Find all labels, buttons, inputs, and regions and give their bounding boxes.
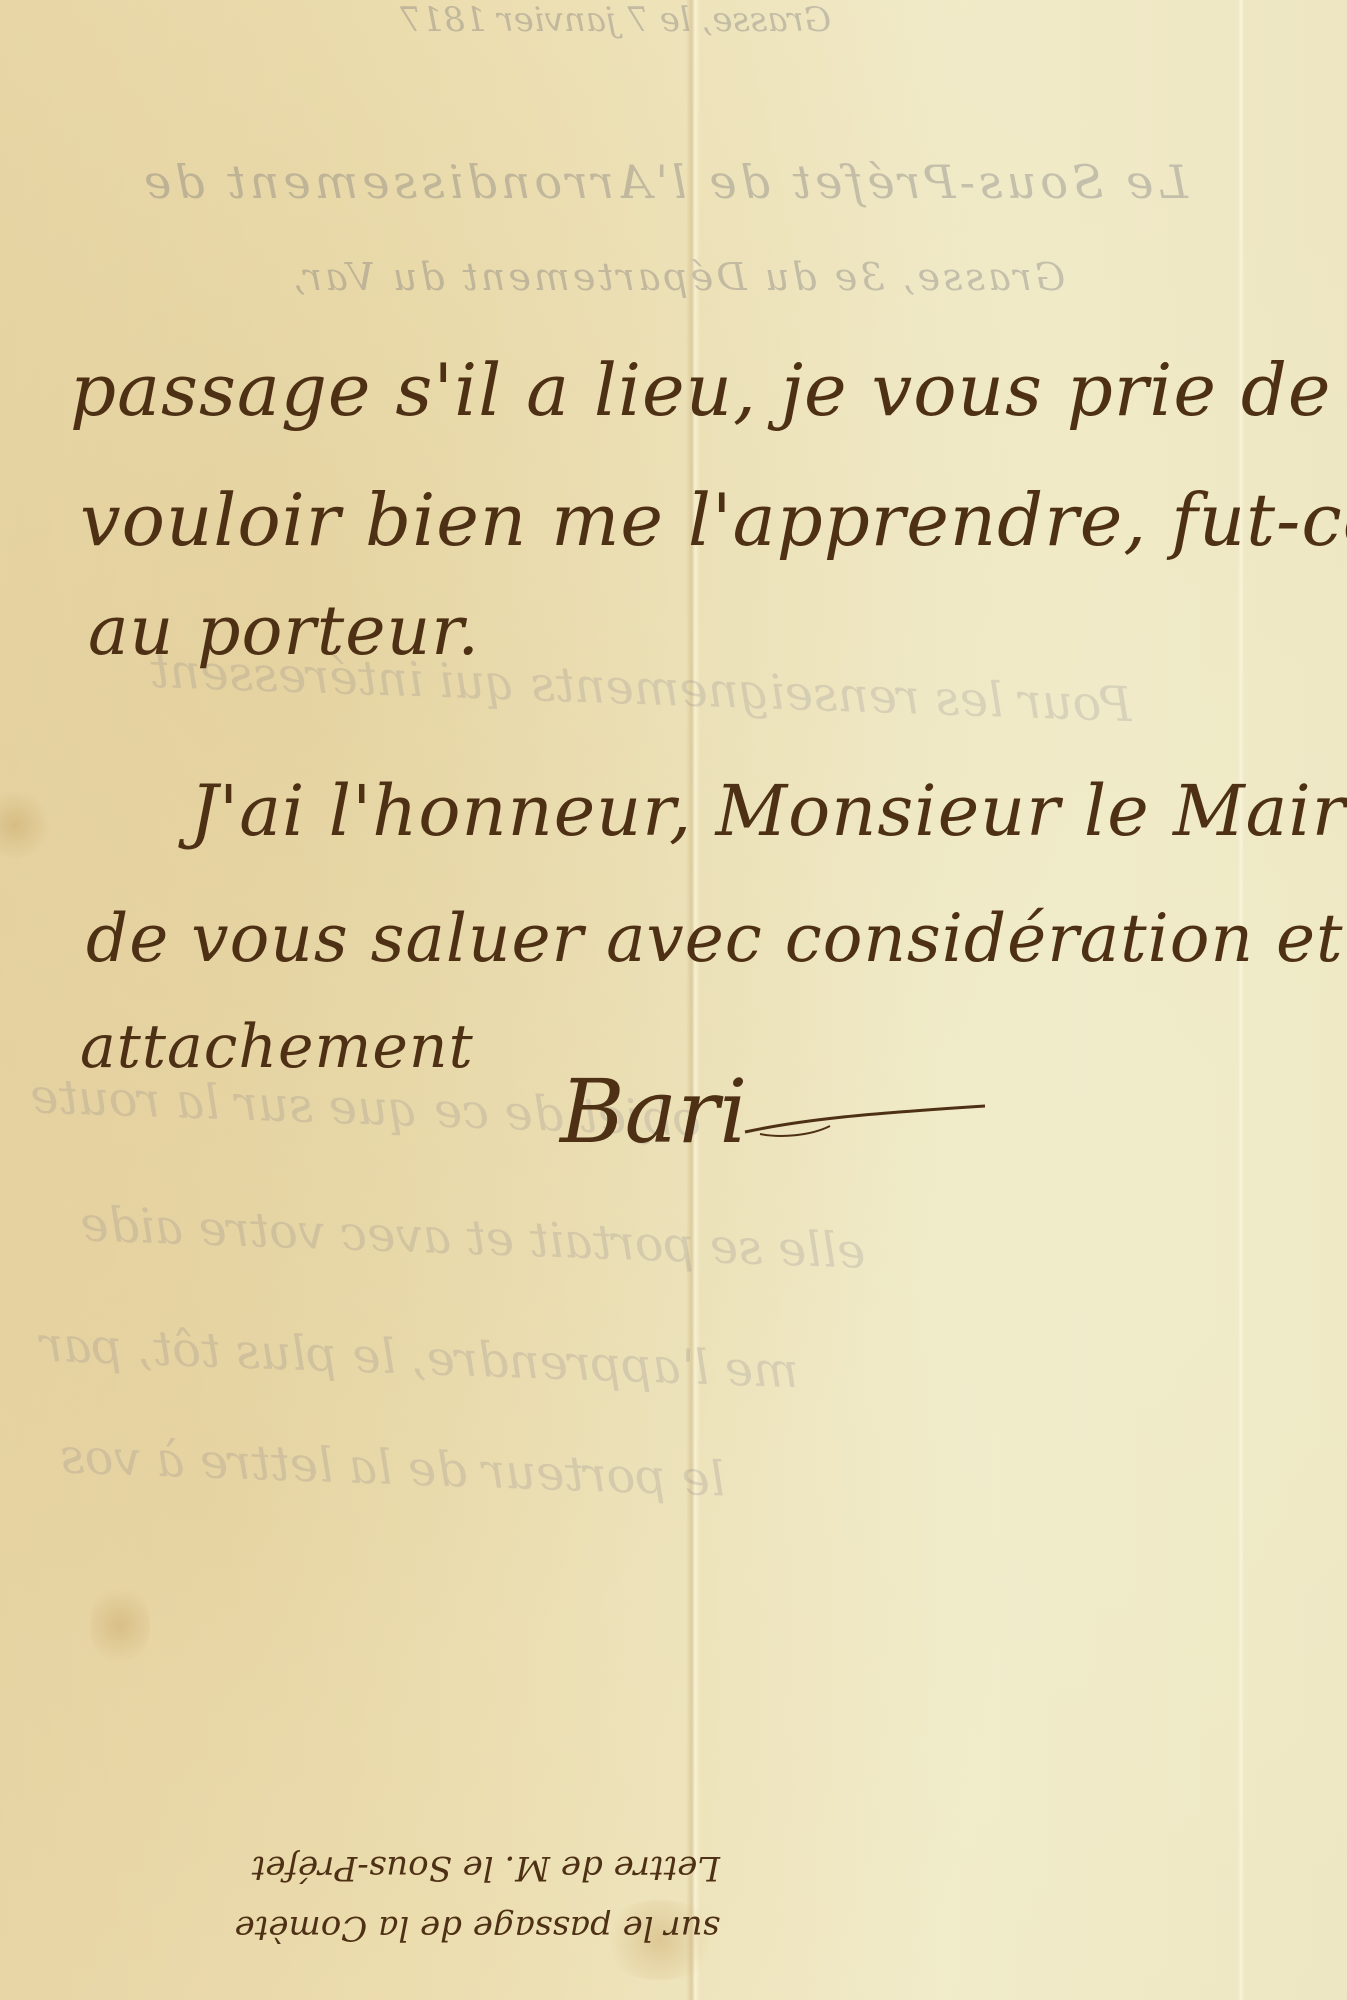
reverse-bleed-line: le porteur de la lettre à vos xyxy=(59,1428,726,1507)
bleed-through-date: Grasse, le 7 janvier 1817 xyxy=(400,0,831,40)
body-line: vouloir bien me l'apprendre, fut-ce par xyxy=(80,478,1347,562)
annotation-line: Lettre de M. le Sous-Préfet xyxy=(20,1838,720,1898)
closing-line: attachement xyxy=(80,1012,474,1082)
signature-flourish-icon xyxy=(740,1100,990,1140)
paper-stain xyxy=(0,790,50,860)
bleed-through-letterhead-line1: Le Sous-Préfet de l'Arrondissement de xyxy=(140,155,1188,209)
signature: Bari xyxy=(560,1060,747,1163)
paper-stain xyxy=(90,1580,150,1670)
edge-crease xyxy=(1238,0,1244,2000)
bleed-through-letterhead-line2: Grasse, 3e du Département du Var, xyxy=(290,255,1065,299)
reverse-bleed-line: elle se portait et avec votre aide xyxy=(79,1196,866,1279)
annotation-line: sur le passage de la Comète xyxy=(20,1898,720,1958)
body-line: passage s'il a lieu, je vous prie de xyxy=(70,348,1332,432)
letter-page: Grasse, le 7 janvier 1817 Le Sous-Préfet… xyxy=(0,0,1347,2000)
body-line: au porteur. xyxy=(88,592,480,671)
closing-line: J'ai l'honneur, Monsieur le Maire, xyxy=(190,770,1347,852)
fold-crease xyxy=(686,0,700,2000)
closing-line: de vous saluer avec considération et xyxy=(86,900,1344,977)
upside-down-annotation: sur le passage de la Comète Lettre de M.… xyxy=(20,1838,720,1958)
